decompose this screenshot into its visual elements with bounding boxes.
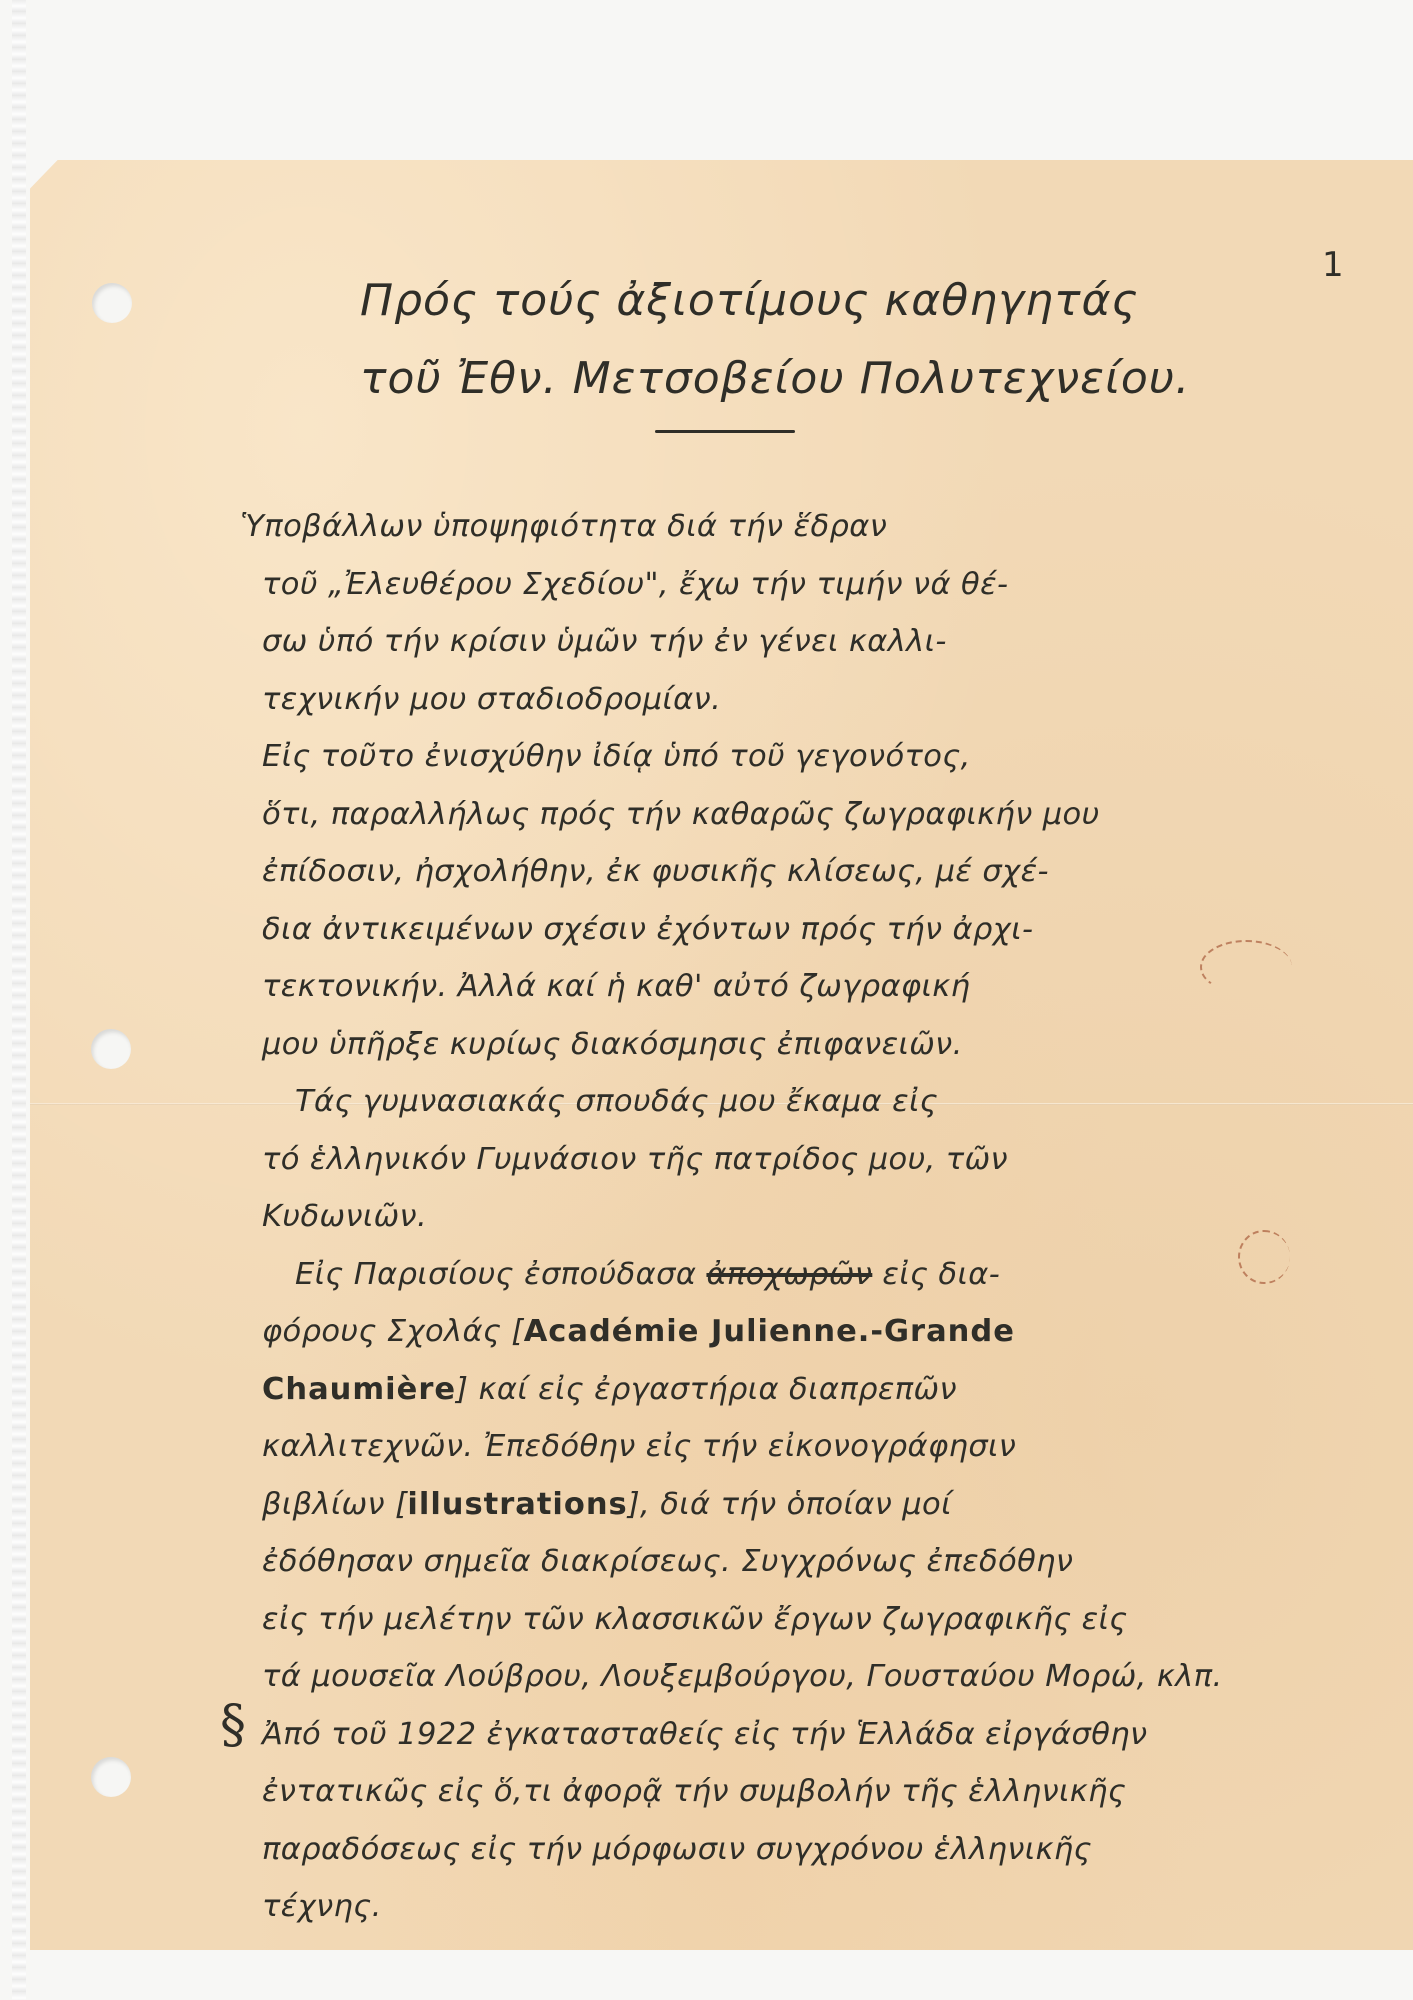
- letter-body: Ὑποβάλλων ὑποψηφιότητα διά τήν ἕδραν τοῦ…: [240, 498, 1280, 1936]
- heading-line-1: Πρός τούς ἀξιοτίμους καθηγητάς: [360, 262, 1260, 340]
- text-line: τεκτονικήν. Ἀλλά καί ἡ καθ' αὐτό ζωγραφι…: [240, 958, 1280, 1016]
- text-line: τεχνικήν μου σταδιοδρομίαν.: [240, 671, 1280, 729]
- text-line: Εἰς τοῦτο ἐνισχύθην ἰδίᾳ ὑπό τοῦ γεγονότ…: [240, 728, 1280, 786]
- text-line: ἐντατικῶς εἰς ὅ,τι ἀφορᾷ τήν συμβολήν τῆ…: [240, 1763, 1280, 1821]
- heading-underline: [655, 430, 795, 433]
- punch-hole-bottom: [91, 1757, 131, 1797]
- text-fragment: φόρους Σχολάς [: [262, 1314, 524, 1349]
- text-line: Ὑποβάλλων ὑποψηφιότητα διά τήν ἕδραν: [240, 498, 1280, 556]
- sheet-protector-edge: [12, 0, 26, 2000]
- latin-text: Chaumière: [262, 1372, 456, 1407]
- letter-heading: Πρός τούς ἀξιοτίμους καθηγητάς τοῦ Ἐθν. …: [360, 262, 1260, 418]
- text-fragment: βιβλίων [: [262, 1487, 407, 1522]
- text-fragment: ] καί εἰς ἐργαστήρια διαπρεπῶν: [456, 1372, 957, 1407]
- text-line: τά μουσεῖα Λούβρου, Λουξεμβούργου, Γουστ…: [240, 1648, 1280, 1706]
- heading-line-2: τοῦ Ἐθν. Μετσοβείου Πολυτεχνείου.: [360, 340, 1260, 418]
- text-line: παραδόσεως εἰς τήν μόρφωσιν συγχρόνου ἑλ…: [240, 1821, 1280, 1879]
- text-fragment: Εἰς Παρισίους ἐσπούδασα: [295, 1257, 706, 1292]
- text-line: τέχνης.: [240, 1878, 1280, 1936]
- text-line: ἐδόθησαν σημεῖα διακρίσεως. Συγχρόνως ἐπ…: [240, 1533, 1280, 1591]
- text-line: Chaumière] καί εἰς ἐργαστήρια διαπρεπῶν: [240, 1361, 1280, 1419]
- text-line: Ἀπό τοῦ 1922 ἐγκατασταθείς εἰς τήν Ἑλλάδ…: [240, 1706, 1280, 1764]
- text-line: δια ἀντικειμένων σχέσιν ἐχόντων πρός τήν…: [240, 901, 1280, 959]
- text-line: σω ὑπό τήν κρίσιν ὑμῶν τήν ἐν γένει καλλ…: [240, 613, 1280, 671]
- text-line: τό ἑλληνικόν Γυμνάσιον τῆς πατρίδος μου,…: [240, 1131, 1280, 1189]
- text-line: ἐπίδοσιν, ἠσχολήθην, ἐκ φυσικῆς κλίσεως,…: [240, 843, 1280, 901]
- struck-out-word: ἀποχωρῶν: [706, 1257, 872, 1292]
- text-line: μου ὑπῆρξε κυρίως διακόσμησις ἐπιφανειῶν…: [240, 1016, 1280, 1074]
- text-line: Εἰς Παρισίους ἐσπούδασα ἀποχωρῶν εἰς δια…: [240, 1246, 1280, 1304]
- page-number: 1: [1322, 245, 1344, 285]
- text-fragment: εἰς δια-: [872, 1257, 1000, 1292]
- text-fragment: ], διά τήν ὁποίαν μοί: [628, 1487, 952, 1522]
- text-line: ὅτι, παραλλήλως πρός τήν καθαρῶς ζωγραφι…: [240, 786, 1280, 844]
- punch-hole-middle: [91, 1029, 131, 1069]
- latin-text: illustrations: [407, 1487, 627, 1522]
- text-line: φόρους Σχολάς [Académie Julienne.-Grande: [240, 1303, 1280, 1361]
- latin-text: Académie Julienne.-Grande: [524, 1314, 1015, 1349]
- text-line: βιβλίων [illustrations], διά τήν ὁποίαν …: [240, 1476, 1280, 1534]
- text-line: Κυδωνιῶν.: [240, 1188, 1280, 1246]
- text-line: Τάς γυμνασιακάς σπουδάς μου ἔκαμα εἰς: [240, 1073, 1280, 1131]
- punch-hole-top: [92, 283, 132, 323]
- text-line: εἰς τήν μελέτην τῶν κλασσικῶν ἔργων ζωγρ…: [240, 1591, 1280, 1649]
- text-line: τοῦ „Ἐλευθέρου Σχεδίου", ἔχω τήν τιμήν ν…: [240, 556, 1280, 614]
- text-line: καλλιτεχνῶν. Ἐπεδόθην εἰς τήν εἰκονογράφ…: [240, 1418, 1280, 1476]
